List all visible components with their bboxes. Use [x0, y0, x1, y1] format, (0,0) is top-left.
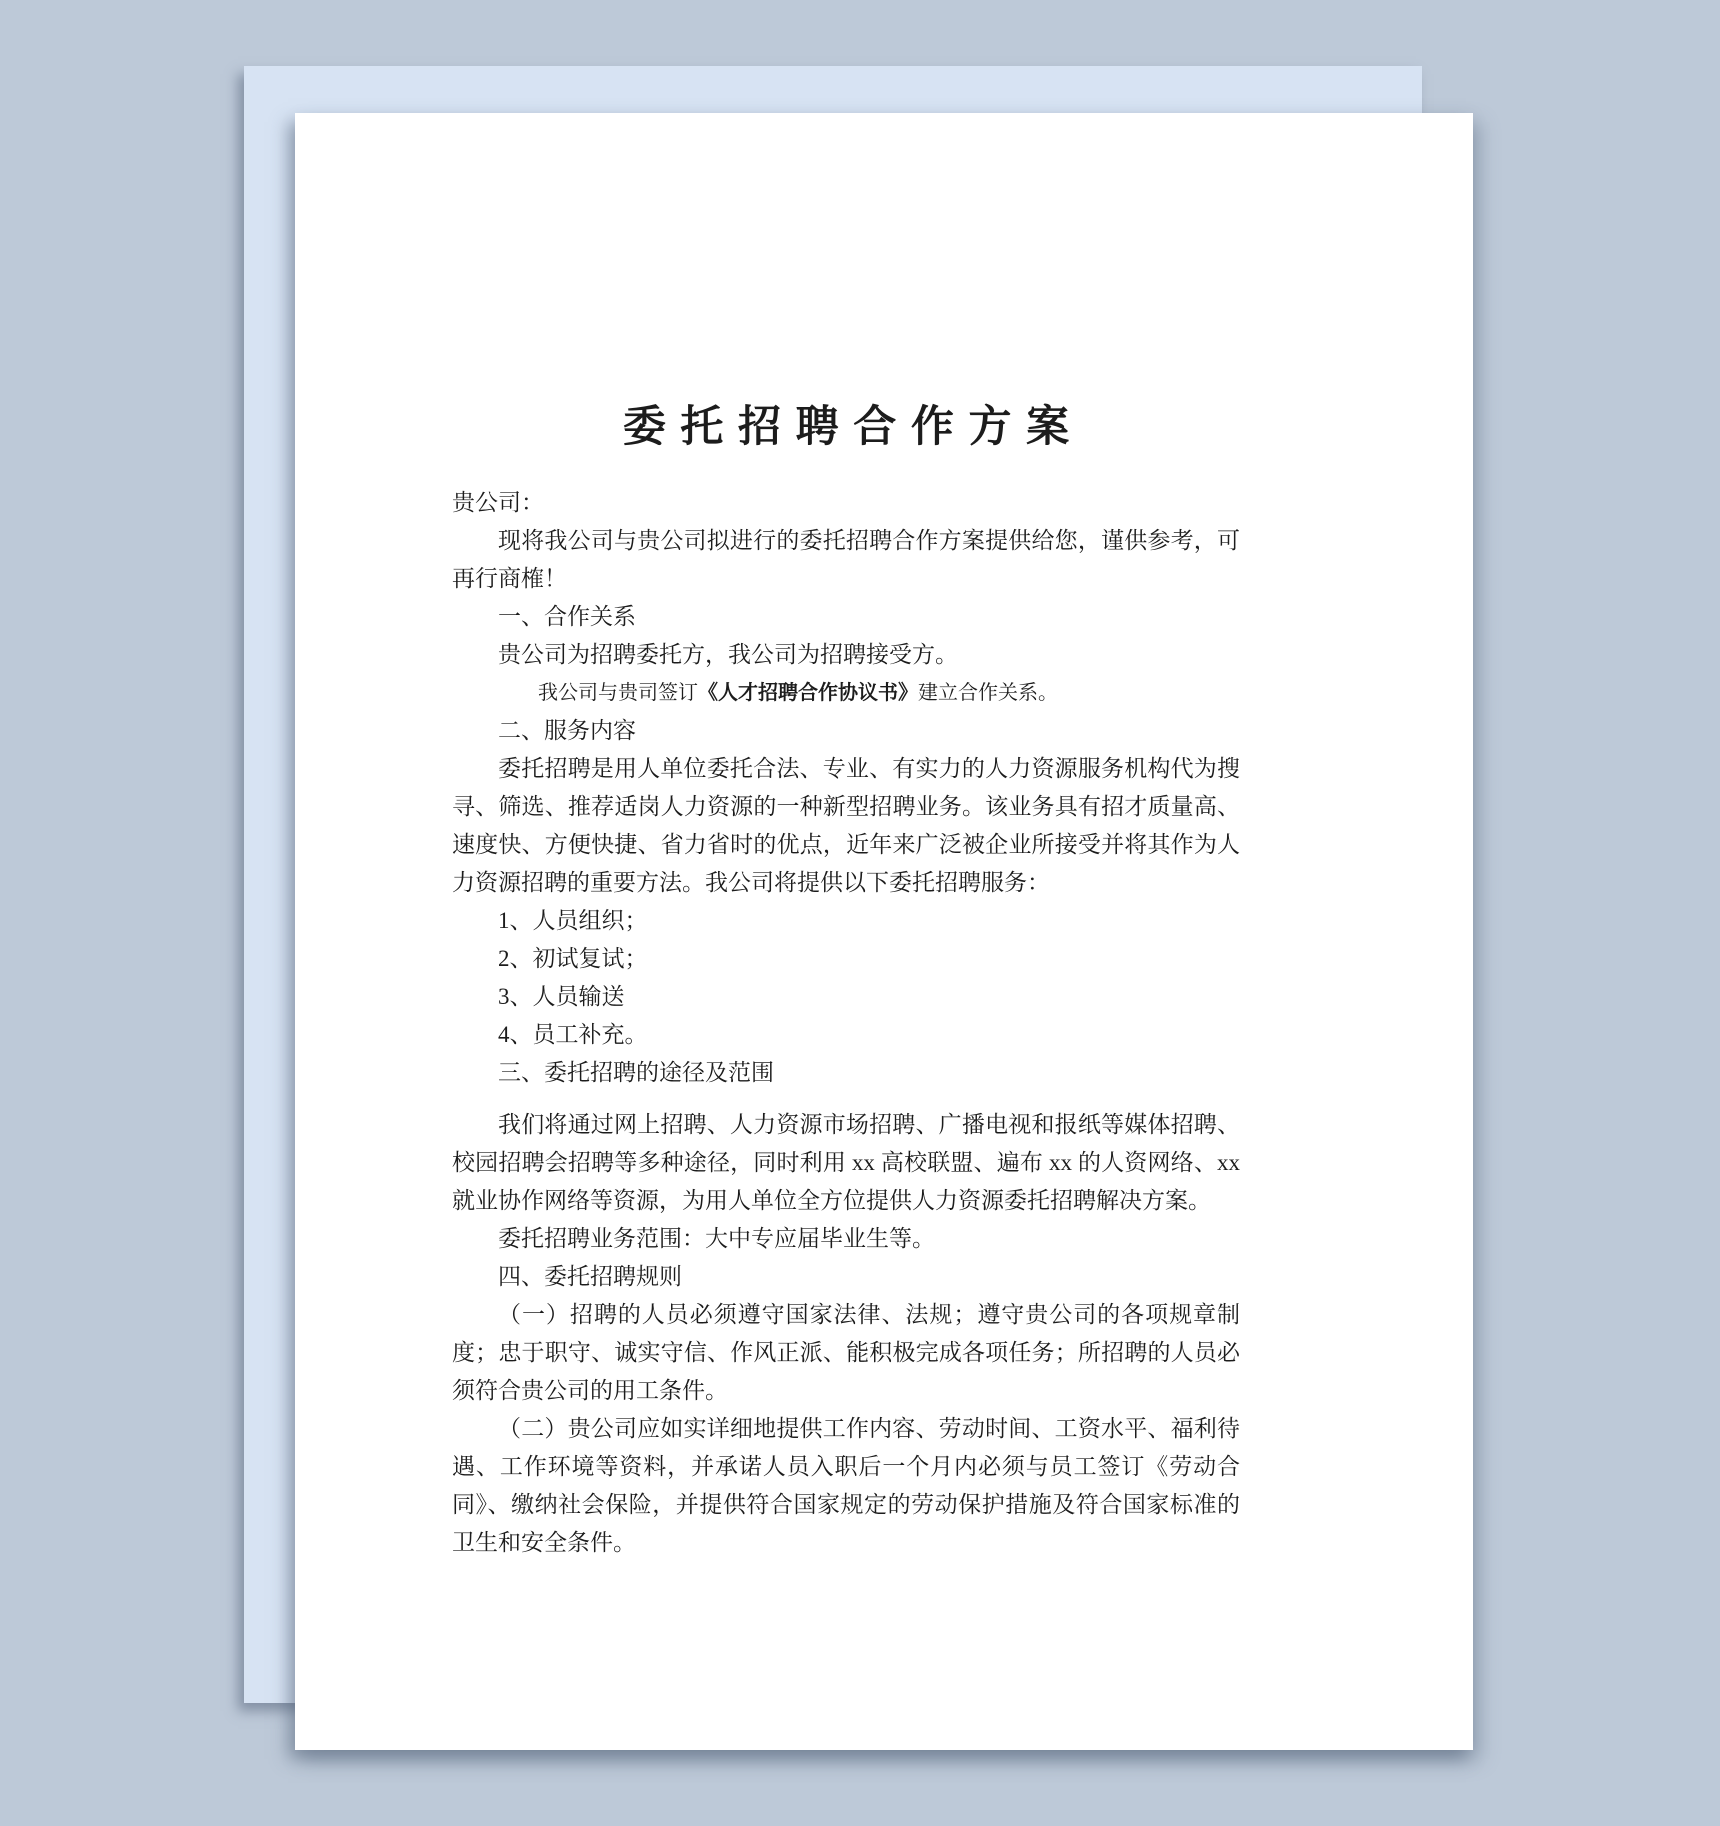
service-item: 4、员工补充。: [452, 1016, 1240, 1054]
document-content: 委托招聘合作方案 贵公司： 现将我公司与贵公司拟进行的委托招聘合作方案提供给您，…: [452, 113, 1240, 1562]
agreement-note-prefix: 我公司与贵司签订: [538, 682, 698, 704]
salutation-line: 贵公司：: [452, 484, 1240, 522]
agreement-note-line: 我公司与贵司签订《人才招聘合作协议书》建立合作关系。: [452, 674, 1240, 712]
scope-line: 委托招聘业务范围：大中专应届毕业生等。: [452, 1220, 1240, 1258]
document-body: 贵公司： 现将我公司与贵公司拟进行的委托招聘合作方案提供给您，谨供参考，可再行商…: [452, 484, 1240, 1562]
service-item: 3、人员输送: [452, 978, 1240, 1016]
document-page: 委托招聘合作方案 贵公司： 现将我公司与贵公司拟进行的委托招聘合作方案提供给您，…: [295, 113, 1473, 1750]
rule-1-paragraph: （一）招聘的人员必须遵守国家法律、法规；遵守贵公司的各项规章制度；忠于职守、诚实…: [452, 1296, 1240, 1410]
document-title: 委托招聘合作方案: [452, 393, 1240, 454]
section-4-heading: 四、委托招聘规则: [452, 1258, 1240, 1296]
section-3-heading: 三、委托招聘的途径及范围: [452, 1054, 1240, 1092]
rule-2-paragraph: （二）贵公司应如实详细地提供工作内容、劳动时间、工资水平、福利待遇、工作环境等资…: [452, 1410, 1240, 1562]
intro-paragraph: 现将我公司与贵公司拟进行的委托招聘合作方案提供给您，谨供参考，可再行商榷！: [452, 522, 1240, 598]
section-2-heading: 二、服务内容: [452, 712, 1240, 750]
agreement-title-bold: 《人才招聘合作协议书》: [698, 682, 918, 704]
section-2-paragraph: 委托招聘是用人单位委托合法、专业、有实力的人力资源服务机构代为搜寻、筛选、推荐适…: [452, 750, 1240, 902]
agreement-note-suffix: 建立合作关系。: [918, 682, 1058, 704]
desk-background: 委托招聘合作方案 贵公司： 现将我公司与贵公司拟进行的委托招聘合作方案提供给您，…: [0, 0, 1720, 1826]
service-item: 1、人员组织；: [452, 902, 1240, 940]
section-1-paragraph: 贵公司为招聘委托方，我公司为招聘接受方。: [452, 636, 1240, 674]
section-1-heading: 一、合作关系: [452, 598, 1240, 636]
section-3-paragraph: 我们将通过网上招聘、人力资源市场招聘、广播电视和报纸等媒体招聘、校园招聘会招聘等…: [452, 1106, 1240, 1220]
service-item: 2、初试复试；: [452, 940, 1240, 978]
